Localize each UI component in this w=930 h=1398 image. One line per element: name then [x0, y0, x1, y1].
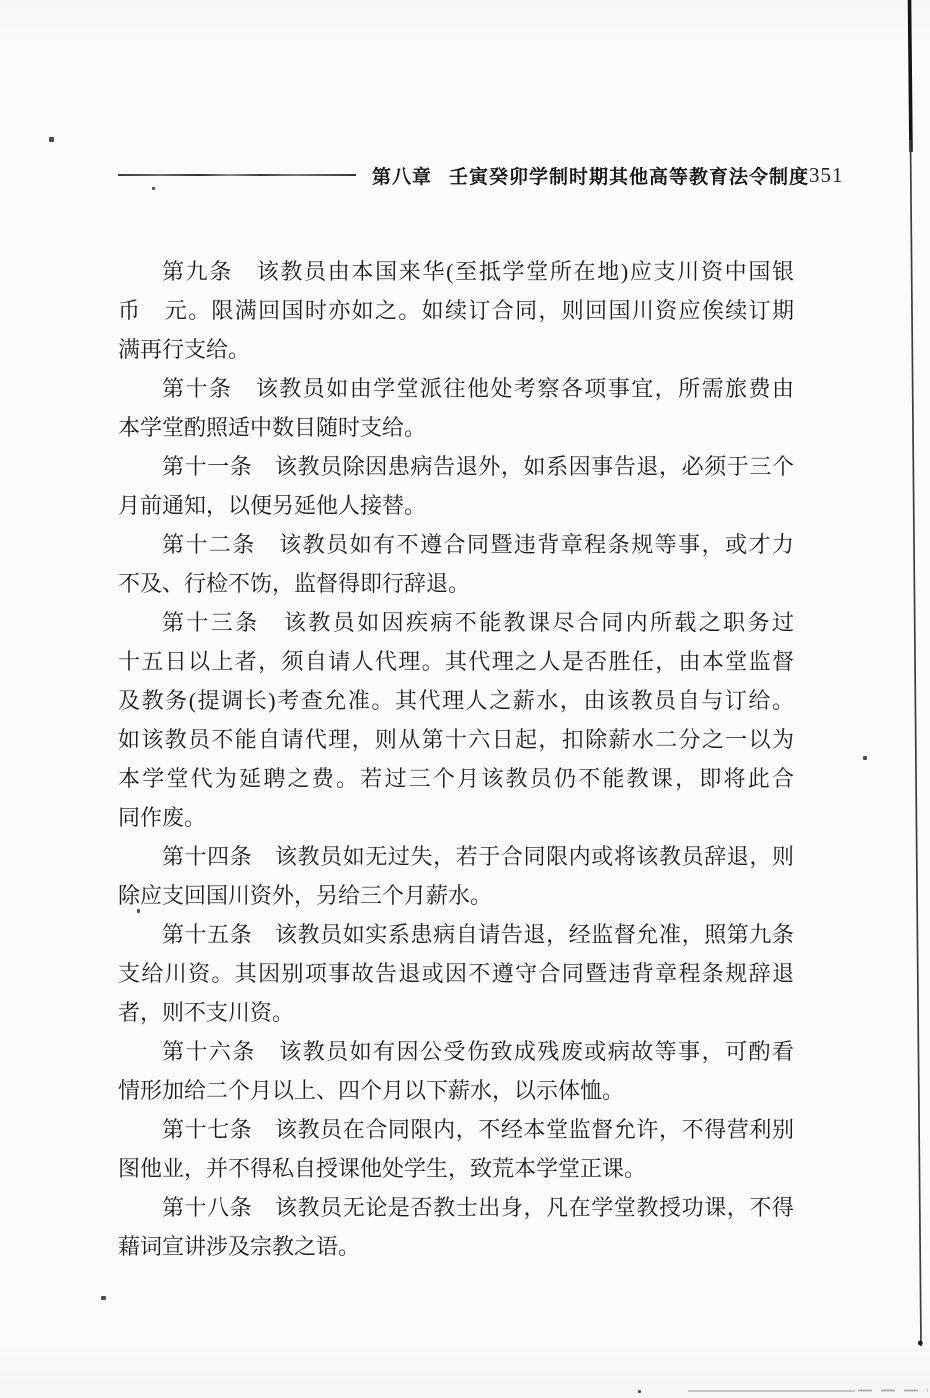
header-rule [118, 174, 356, 176]
article-line: 除应支回国川资外，另给三个月薪水。 [118, 876, 794, 915]
article-line: 十五日以上者，须自请人代理。其代理之人是否胜任，由本堂监督 [118, 642, 794, 681]
article-line: 不及、行检不饬，监督得即行辞退。 [118, 564, 794, 603]
article-line: 如该教员不能自请代理，则从第十六日起，扣除薪水二分之一以为 [118, 720, 794, 759]
article-line: 情形加给二个月以上、四个月以下薪水，以示体恤。 [118, 1071, 794, 1110]
article-line: 本学堂酌照适中数目随时支给。 [118, 408, 794, 447]
ink-speck [101, 1296, 106, 1300]
article-first-line: 第十三条 该教员如因疾病不能教课尽合同内所载之职务过 [118, 603, 794, 642]
article-first-line: 第十七条 该教员在合同限内，不经本堂监督允许，不得营利别 [118, 1110, 794, 1149]
article-first-line: 第十五条 该教员如实系患病自请告退，经监督允准，照第九条 [118, 915, 794, 954]
article-first-line: 第十一条 该教员除因患病告退外，如系因事告退，必须于三个 [118, 447, 794, 486]
article-line: 满再行支给。 [118, 330, 794, 369]
article-line: 及教务(提调长)考查允准。其代理人之薪水，由该教员自与订给。 [118, 681, 794, 720]
scanned-book-page: 第八章 壬寅癸卯学制时期其他高等教育法令制度 351 第九条 该教员由本国来华(… [0, 0, 930, 1398]
article-first-line: 第十八条 该教员无论是否教士出身，凡在学堂教授功课，不得 [118, 1188, 794, 1227]
article-first-line: 第十条 该教员如由学堂派往他处考察各项事宜，所需旅费由 [118, 369, 794, 408]
body-text: 第九条 该教员由本国来华(至抵学堂所在地)应支川资中国银币 元。限满回国时亦如之… [118, 252, 794, 1266]
article-line: 藉词宣讲涉及宗教之语。 [118, 1227, 794, 1266]
article-line: 币 元。限满回国时亦如之。如续订合同，则回国川资应俟续订期 [118, 291, 794, 330]
article-line: 本学堂代为延聘之费。若过三个月该教员仍不能教课，即将此合 [118, 759, 794, 798]
article-first-line: 第十四条 该教员如无过失，若于合同限内或将该教员辞退，则 [118, 837, 794, 876]
article-first-line: 第十六条 该教员如有因公受伤致成残废或病故等事，可酌看 [118, 1032, 794, 1071]
running-header: 第八章 壬寅癸卯学制时期其他高等教育法令制度 351 [118, 160, 818, 190]
article-first-line: 第九条 该教员由本国来华(至抵学堂所在地)应支川资中国银 [118, 252, 794, 291]
article-line: 支给川资。其因别项事故告退或因不遵守合同暨违背章程条规辞退 [118, 954, 794, 993]
article-line: 者，则不支川资。 [118, 993, 794, 1032]
chapter-title: 壬寅癸卯学制时期其他高等教育法令制度 [449, 162, 809, 189]
article-first-line: 第十二条 该教员如有不遵合同暨违背章程条规等事，或才力 [118, 525, 794, 564]
ink-speck [638, 1390, 641, 1393]
article-line: 同作废。 [118, 798, 794, 837]
ink-speck [49, 137, 54, 142]
ink-speck [863, 756, 867, 760]
article-line: 月前通知，以便另延他人接替。 [118, 486, 794, 525]
page-number: 351 [809, 163, 844, 188]
chapter-number: 第八章 [372, 162, 432, 189]
article-line: 图他业，并不得私自授课他处学生，致荒本学堂正课。 [118, 1149, 794, 1188]
